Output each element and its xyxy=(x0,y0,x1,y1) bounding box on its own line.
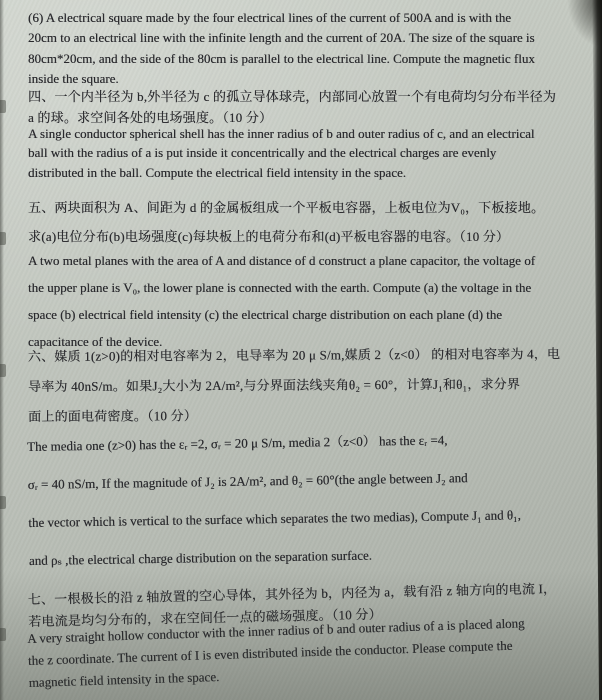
text-line: A single conductor spherical shell has t… xyxy=(28,124,580,143)
text-line: 20cm to an electrical line with the infi… xyxy=(28,28,580,48)
text-line: ball with the radius of a is put inside … xyxy=(28,143,580,162)
left-edge-notch xyxy=(0,364,6,377)
left-edge-notch xyxy=(0,100,6,113)
right-edge-shadow xyxy=(592,0,602,700)
paragraph-problem-6q-chinese: 六、媒质 1(z>0)的相对电容率为 2，电导率为 20 μ S/m,媒质 2（… xyxy=(28,339,580,432)
left-edge-shadow xyxy=(0,0,4,700)
text-line: 导率为 40nS/m。如果J₂大小为 2A/m²,与分界面法线夹角θ₂ = 60… xyxy=(28,369,580,402)
paragraph-problem-6q-english: The media one (z>0) has the εᵣ =2, σᵣ = … xyxy=(27,419,581,580)
paragraph-problem-4-chinese: 四、一个内半径为 b,外半径为 c 的孤立导体球壳，内部同心放置一个有电荷均匀分… xyxy=(28,86,580,128)
text-line: 四、一个内半径为 b,外半径为 c 的孤立导体球壳，内部同心放置一个有电荷均匀分… xyxy=(28,86,580,107)
text-line: 五、两块面积为 A、间距为 d 的金属板组成一个平板电容器，上板电位为V₀，下板… xyxy=(28,193,580,222)
text-line: 六、媒质 1(z>0)的相对电容率为 2，电导率为 20 μ S/m,媒质 2（… xyxy=(28,339,580,372)
text-line: 80cm*20cm, and the side of the 80cm is p… xyxy=(28,49,580,69)
left-edge-notch xyxy=(0,232,6,245)
paragraph-problem-6-english: (6) A electrical square made by the four… xyxy=(28,8,580,90)
paragraph-problem-5-chinese: 五、两块面积为 A、间距为 d 的金属板组成一个平板电容器，上板电位为V₀，下板… xyxy=(28,193,580,251)
exam-paper-photo: (6) A electrical square made by the four… xyxy=(0,0,602,700)
text-line: distributed in the ball. Compute the ele… xyxy=(28,163,580,182)
paragraph-problem-4-english: A single conductor spherical shell has t… xyxy=(28,124,580,182)
text-line: A two metal planes with the area of A an… xyxy=(28,247,580,274)
text-line: (6) A electrical square made by the four… xyxy=(28,8,580,28)
text-line: and ρₛ ,the electrical charge distributi… xyxy=(29,533,582,580)
left-edge-notch xyxy=(0,628,6,641)
text-line: space (b) electrical field intensity (c)… xyxy=(28,301,580,328)
text-line: the upper plane is V₀, the lower plane i… xyxy=(28,274,580,301)
left-edge-notch xyxy=(0,496,6,509)
